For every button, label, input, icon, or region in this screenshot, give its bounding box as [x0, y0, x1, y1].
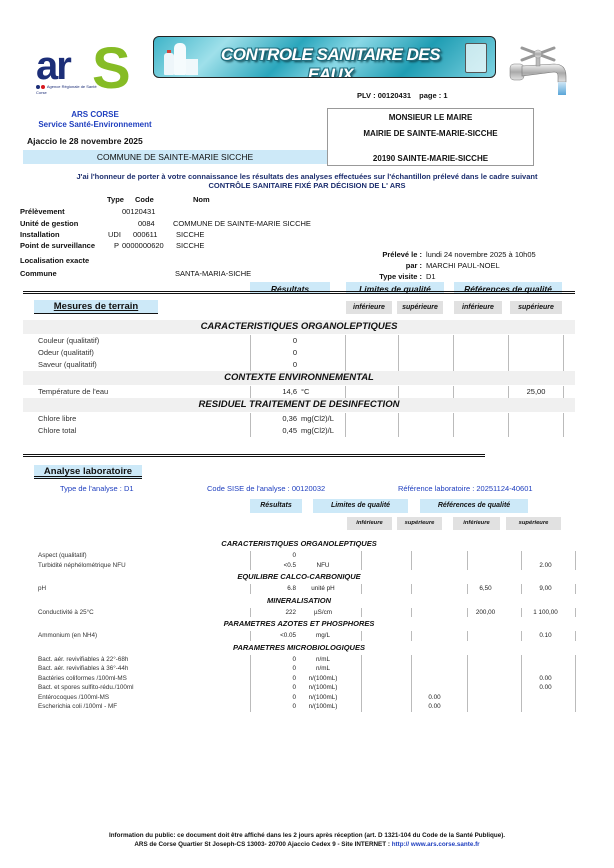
column-divider [345, 335, 346, 371]
table-row: Chlore total0,45mg(Cl2)/L [0, 425, 614, 437]
column-divider [521, 631, 522, 641]
lab-subheader-ref-inf: inférieure [453, 517, 500, 530]
column-divider [411, 631, 412, 641]
reference-superieure: 0.00 [518, 683, 573, 693]
parameter-name: Chlore libre [38, 413, 76, 425]
subheader-ref-sup: supérieure [510, 301, 562, 314]
column-divider [575, 631, 576, 641]
id-label: Prélèvement [20, 207, 65, 216]
reference-superieure: 25,00 [510, 386, 562, 398]
preleve-par: par :MARCHI PAUL-NOEL [370, 261, 500, 270]
result-unit: µS/cm [300, 608, 346, 618]
column-divider [453, 413, 454, 437]
parameter-name: pH [38, 584, 46, 594]
column-divider [361, 551, 362, 570]
column-divider [563, 413, 564, 437]
faucet-icon [508, 40, 580, 96]
column-divider [467, 655, 468, 712]
column-divider [563, 386, 564, 398]
recipient-address: MONSIEUR LE MAIRE MAIRIE DE SAINTE-MARIE… [327, 108, 534, 166]
table-row: Chlore libre0,36mg(Cl2)/L [0, 413, 614, 425]
column-divider [398, 386, 399, 398]
preleve-le: Prélevé le :lundi 24 novembre 2025 à 10h… [370, 250, 536, 259]
group-header: CARACTERISTIQUES ORGANOLEPTIQUES [23, 320, 575, 334]
column-divider [508, 413, 509, 437]
column-divider [521, 655, 522, 712]
reference-superieure: 2.00 [518, 561, 573, 571]
ars-logo: ar S Agence Régionale de Santé Corse [36, 40, 126, 102]
result-unit: n/(100mL) [300, 702, 346, 712]
reference-superieure: 0.00 [518, 674, 573, 684]
column-divider [250, 413, 251, 437]
column-divider [453, 335, 454, 371]
subheader-lim-inf: inférieure [346, 301, 392, 314]
column-divider [521, 551, 522, 570]
parameter-name: Bact. aér. revivifiables à 36°-44h [38, 664, 128, 674]
reference-superieure: 0.10 [518, 631, 573, 641]
result-unit: n/(100mL) [300, 674, 346, 684]
reference-superieure: 1 100,00 [518, 608, 573, 618]
limit-superieure: 0.00 [412, 702, 457, 712]
column-divider [575, 655, 576, 712]
col-code-header: Code [135, 195, 154, 204]
col-nom-header: Nom [193, 195, 210, 204]
lab-header-limites: Limites de qualité [313, 499, 408, 513]
column-divider [453, 386, 454, 398]
commune-banner: COMMUNE DE SAINTE-MARIE SICCHE [23, 150, 327, 164]
result-value: 0 [256, 702, 296, 712]
column-divider [250, 631, 251, 641]
water-glass-icon [465, 43, 487, 73]
column-divider [508, 386, 509, 398]
table-row: Saveur (qualitatif)0 [0, 359, 614, 371]
subheader-lim-sup: supérieure [397, 301, 443, 314]
column-divider [467, 631, 468, 641]
reference-inferieure: 6,50 [462, 584, 509, 594]
parameter-name: Ammonium (en NH4) [38, 631, 97, 641]
result-value: 0 [256, 683, 296, 693]
result-unit: °C [301, 386, 309, 398]
column-divider [398, 335, 399, 371]
id-nom: COMMUNE DE SAINTE-MARIE SICCHE [173, 219, 311, 228]
id-label: Point de surveillance [20, 241, 95, 250]
id-type: UDI [108, 230, 121, 239]
column-divider [250, 386, 251, 398]
column-divider [575, 584, 576, 594]
id-type: P [114, 241, 119, 250]
column-divider [521, 608, 522, 618]
id-code: 0084 [138, 219, 155, 228]
result-unit: mg(Cl2)/L [301, 425, 334, 437]
result-value: 0 [257, 347, 297, 359]
parameter-name: Bact. aér. revivifiables à 22°-68h [38, 655, 128, 665]
result-value: <0.5 [256, 561, 296, 571]
parameter-name: Chlore total [38, 425, 76, 437]
id-code: 000611 [133, 230, 157, 239]
result-value: 0 [257, 335, 297, 347]
result-value: 0 [257, 359, 297, 371]
parameter-name: Saveur (qualitatif) [38, 359, 97, 371]
result-value: <0.05 [256, 631, 296, 641]
parameter-name: Aspect (qualitatif) [38, 551, 87, 561]
group-header: MINERALISATION [23, 594, 575, 607]
parameter-name: Bact. et spores sulfito-rédu./100ml [38, 683, 134, 693]
lab-subheader-ref-sup: supérieure [506, 517, 561, 530]
id-nom: SANTA-MARIA-SICHE [175, 269, 251, 278]
lab-subheader-lim-sup: supérieure [397, 517, 442, 530]
result-unit: n/(100mL) [300, 683, 346, 693]
table-row: Couleur (qualitatif)0 [0, 335, 614, 347]
column-divider [563, 335, 564, 371]
group-header: PARAMETRES AZOTES ET PHOSPHORES [23, 617, 575, 630]
organization-name: ARS CORSE Service Santé-Environnement [30, 110, 160, 130]
column-divider [575, 551, 576, 570]
result-unit: NFU [300, 561, 346, 571]
group-header: RESIDUEL TRAITEMENT DE DESINFECTION [23, 398, 575, 412]
parameter-name: Turbidité néphélométrique NFU [38, 561, 126, 571]
result-unit: n/(100mL) [300, 693, 346, 703]
reference-laboratoire: Référence laboratoire : 20251124-40601 [398, 484, 533, 493]
id-label: Localisation exacte [20, 256, 89, 265]
lab-header-resultats: Résultats [250, 499, 302, 513]
column-divider [411, 655, 412, 712]
id-nom: SICCHE [176, 230, 204, 239]
column-divider [250, 551, 251, 570]
column-divider [467, 608, 468, 618]
result-value: 0 [256, 664, 296, 674]
result-value: 222 [256, 608, 296, 618]
id-code: 0000000620 [122, 241, 164, 250]
table-row: Température de l'eau14,6°C25,00 [0, 386, 614, 398]
result-unit: mg(Cl2)/L [301, 413, 334, 425]
id-nom: SICCHE [176, 241, 204, 250]
limit-superieure: 0.00 [412, 693, 457, 703]
column-divider [467, 551, 468, 570]
id-label: Unité de gestion [20, 219, 78, 228]
column-divider [398, 413, 399, 437]
divider [23, 454, 485, 457]
type-analyse: Type de l'analyse : D1 [60, 484, 134, 493]
column-divider [575, 608, 576, 618]
section-analyse-laboratoire: Analyse laboratoire [34, 465, 142, 479]
result-unit: unité pH [300, 584, 346, 594]
parameter-name: Odeur (qualitatif) [38, 347, 94, 359]
col-type-header: Type [107, 195, 124, 204]
column-divider [521, 584, 522, 594]
footer-info: Information du public: ce document doit … [40, 831, 574, 849]
parameter-name: Couleur (qualitatif) [38, 335, 99, 347]
result-value: 14,6 [257, 386, 297, 398]
result-value: 0,45 [257, 425, 297, 437]
result-value: 0 [256, 655, 296, 665]
code-sise: Code SISE de l'analyse : 00120032 [207, 484, 325, 493]
subheader-ref-inf: inférieure [454, 301, 502, 314]
column-divider [361, 655, 362, 712]
water-bottles-icon [160, 41, 200, 75]
column-divider [361, 631, 362, 641]
section-mesures-terrain: Mesures de terrain [34, 300, 158, 314]
website-link[interactable]: http:// www.ars.corse.sante.fr [392, 841, 480, 848]
column-divider [411, 584, 412, 594]
reference-inferieure: 200,00 [462, 608, 509, 618]
parameter-name: Escherichia coli /100ml - MF [38, 702, 117, 712]
group-header: CARACTERISTIQUES ORGANOLEPTIQUES [23, 537, 575, 550]
parameter-name: Température de l'eau [38, 386, 108, 398]
column-divider [250, 608, 251, 618]
column-divider [467, 584, 468, 594]
column-divider [411, 608, 412, 618]
parameter-name: Entérocoques /100ml-MS [38, 693, 109, 703]
result-value: 6.8 [256, 584, 296, 594]
flag-icon [36, 85, 40, 89]
lab-subheader-lim-inf: inférieure [347, 517, 392, 530]
reference-superieure: 9,00 [518, 584, 573, 594]
id-code: 00120431 [122, 207, 155, 216]
column-divider [361, 608, 362, 618]
result-value: 0 [256, 551, 296, 561]
plv-reference: PLV : 00120431 page : 1 [357, 91, 454, 100]
banner-controle-sanitaire: CONTROLE SANITAIRE DES EAUX [153, 36, 496, 78]
column-divider [250, 584, 251, 594]
column-divider [508, 335, 509, 371]
parameter-name: Conductivité à 25°C [38, 608, 94, 618]
column-divider [250, 655, 251, 712]
result-value: 0 [256, 674, 296, 684]
result-value: 0,36 [257, 413, 297, 425]
parameter-name: Bactéries coliformes /100ml-MS [38, 674, 127, 684]
column-divider [345, 413, 346, 437]
result-unit: n/mL [300, 664, 346, 674]
column-divider [345, 386, 346, 398]
city-date: Ajaccio le 28 novembre 2025 [27, 136, 143, 146]
column-divider [250, 335, 251, 371]
result-unit: n/mL [300, 655, 346, 665]
result-unit: mg/L [300, 631, 346, 641]
column-divider [361, 584, 362, 594]
lab-header-references: Références de qualité [420, 499, 528, 513]
group-header: CONTEXTE ENVIRONNEMENTAL [23, 371, 575, 385]
group-header: PARAMETRES MICROBIOLOGIQUES [23, 641, 575, 654]
group-header: EQUILIBRE CALCO-CARBONIQUE [23, 570, 575, 583]
type-visite: Type visite :D1 [370, 272, 436, 281]
table-row: Odeur (qualitatif)0 [0, 347, 614, 359]
intro-text: J'ai l'honneur de porter à votre connais… [40, 172, 574, 190]
id-label: Installation [20, 230, 60, 239]
result-value: 0 [256, 693, 296, 703]
column-divider [411, 551, 412, 570]
id-label: Commune [20, 269, 57, 278]
divider [23, 291, 575, 294]
